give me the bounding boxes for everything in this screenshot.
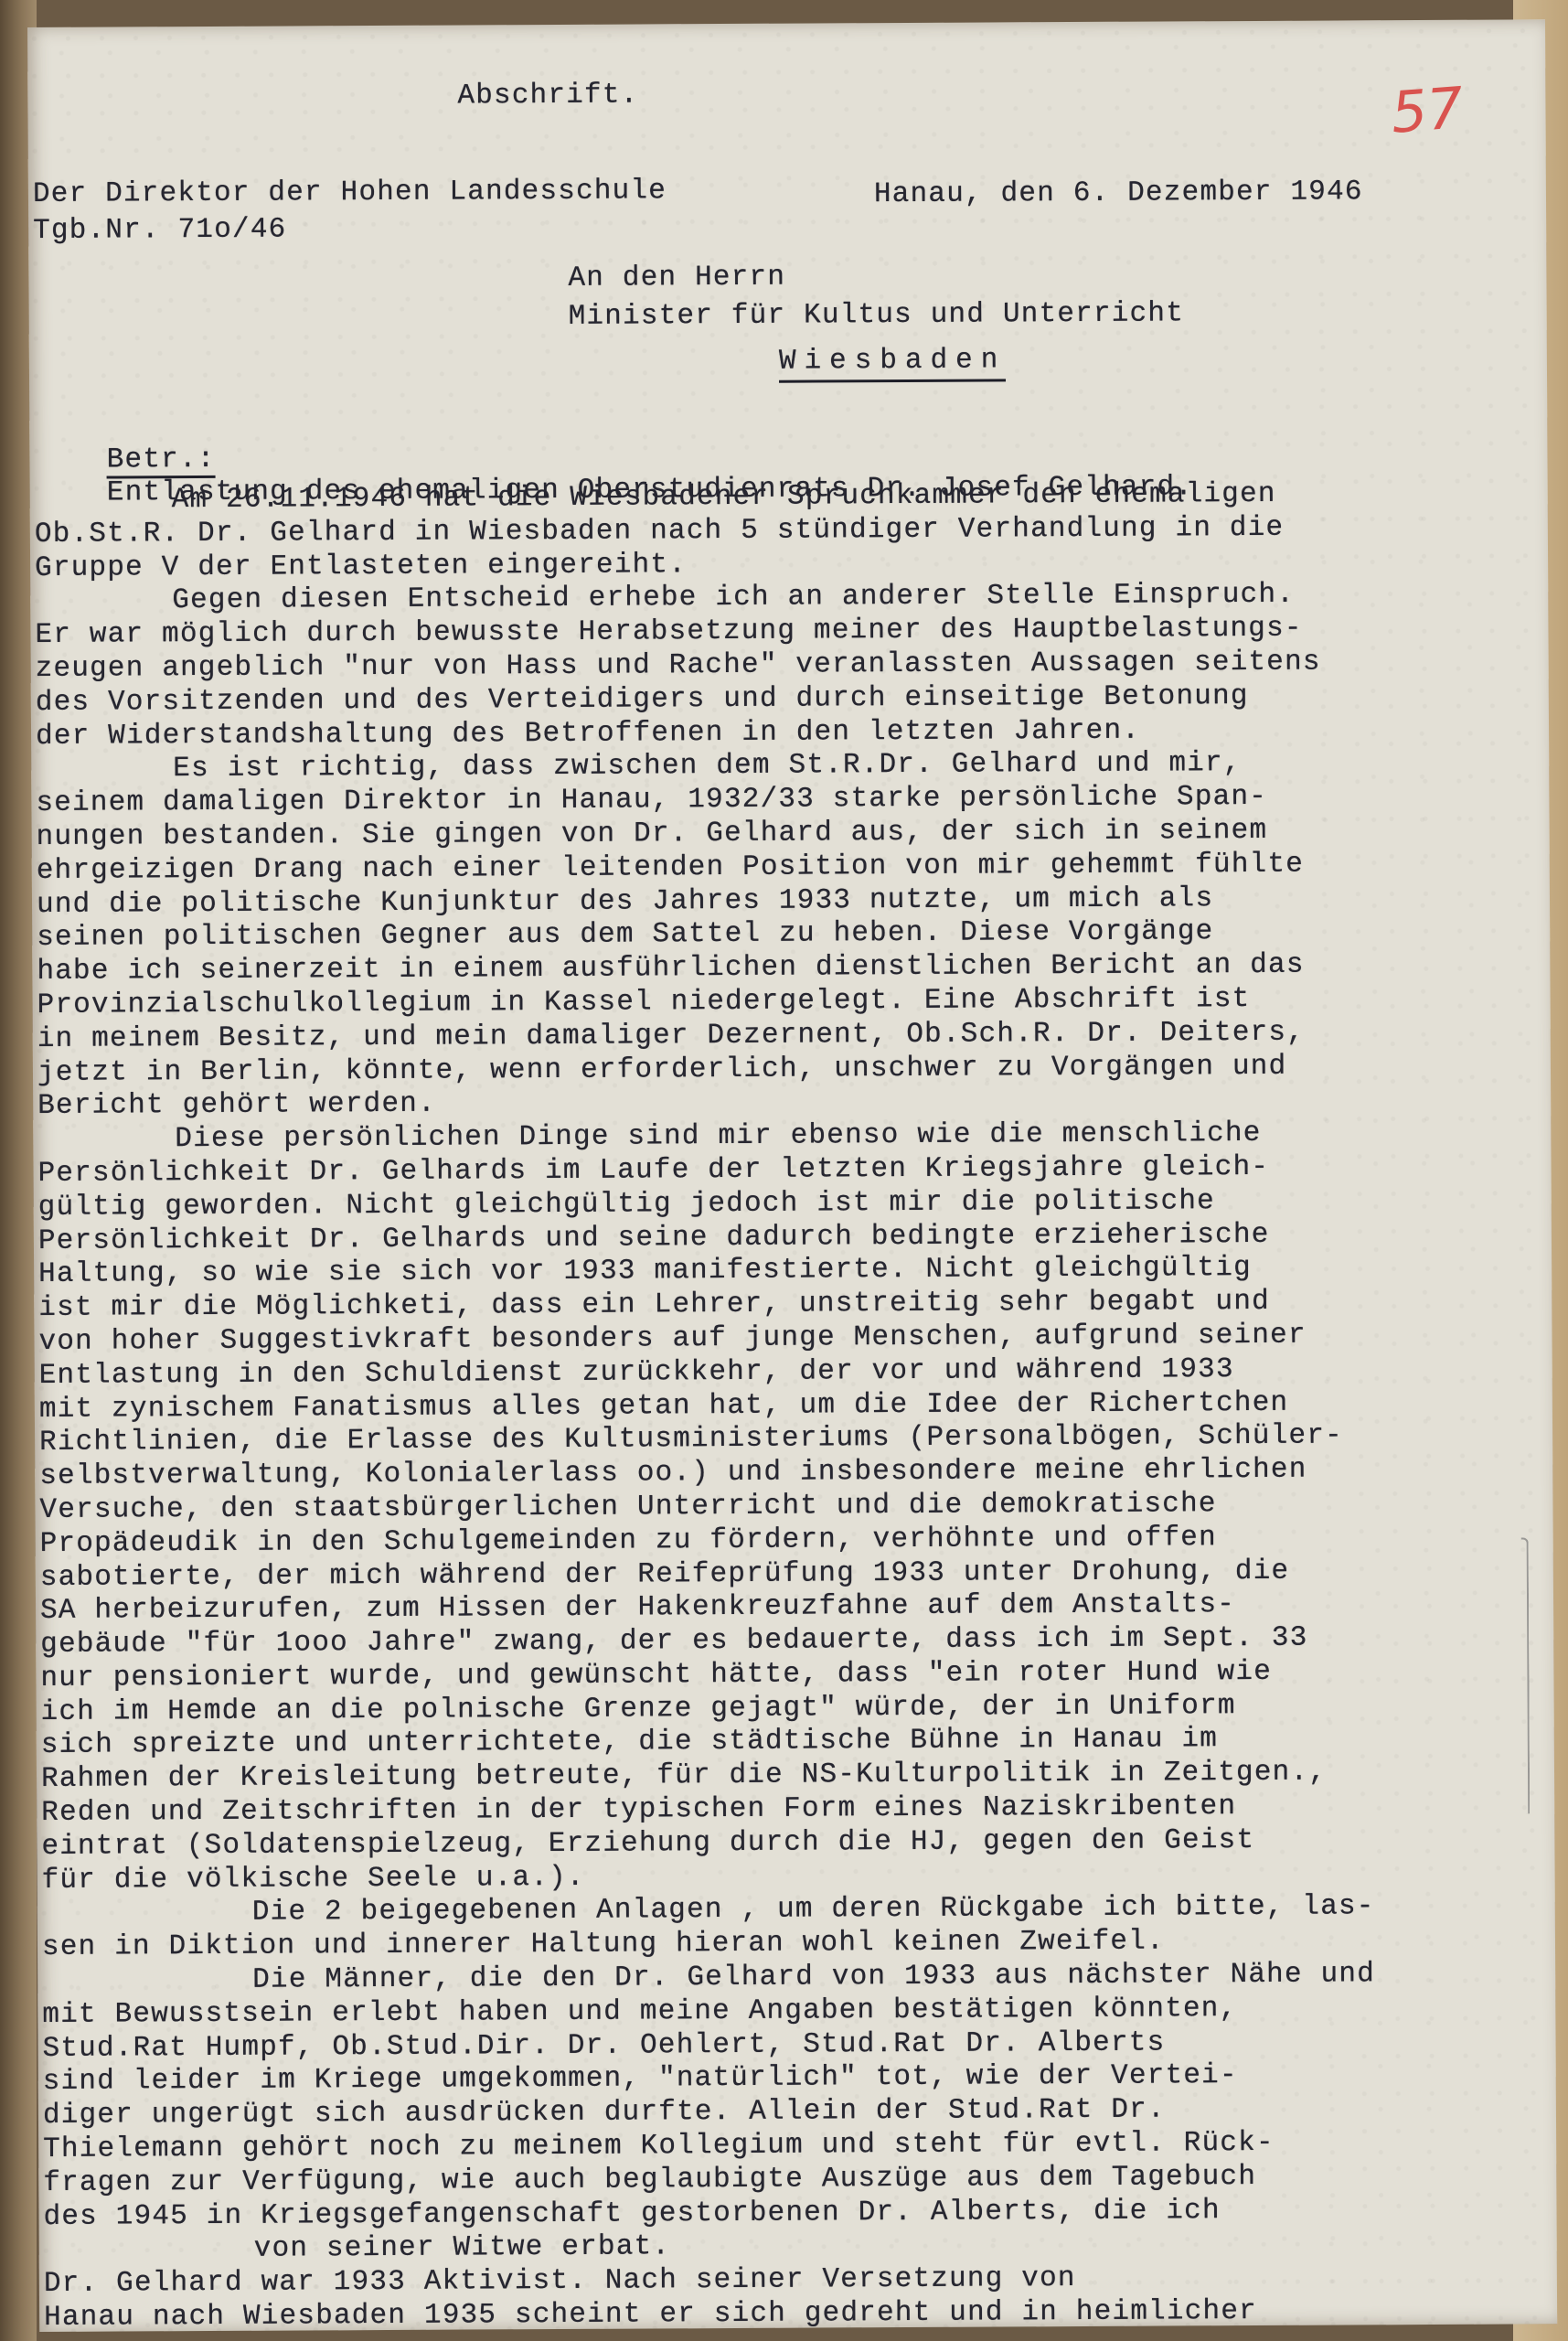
recipient-salutation: An den Herrn [568,262,785,295]
pencil-margin-bracket [1521,1537,1531,1813]
reference-number: Tgb.Nr. 71o/46 [33,214,286,248]
recipient-title: Minister für Kultus und Unterricht [569,297,1184,334]
subject-label: Betr.: [107,444,216,479]
typed-letter-page: 57 Abschrift. Der Direktor der Hohen Lan… [27,19,1557,2332]
body-line: Hanau nach Wiesbaden 1935 scheint er sic… [44,2293,1525,2335]
sender-line: Der Direktor der Hohen Landesschule [33,175,667,211]
page-number-annotation: 57 [1389,74,1466,146]
letter-body: Am 26.11.1946 hat die Wiesbadener Spruch… [35,476,1526,2335]
place-date: Hanau, den 6. Dezember 1946 [874,176,1363,211]
recipient-city: Wiesbaden [779,344,1007,382]
document-heading: Abschrift. [457,80,638,113]
